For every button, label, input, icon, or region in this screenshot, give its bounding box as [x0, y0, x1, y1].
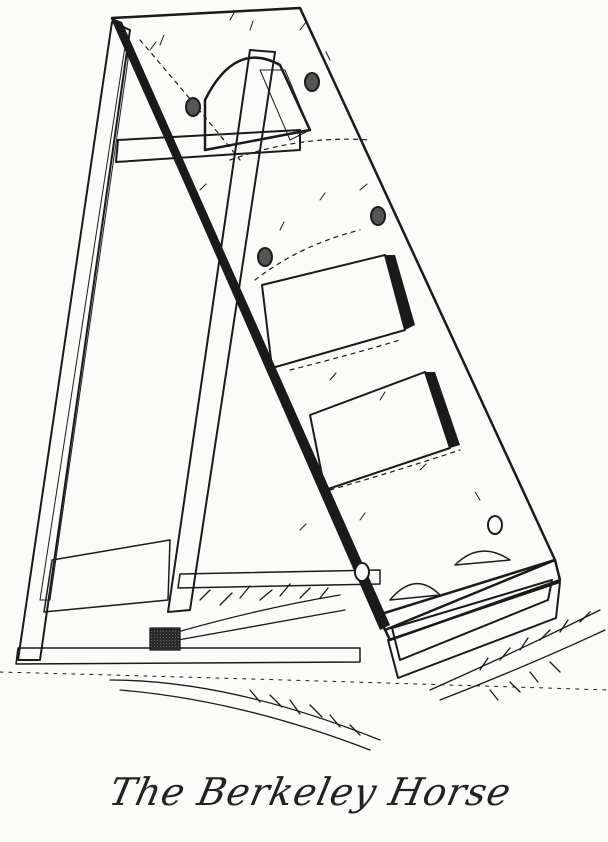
lower-rail	[16, 648, 360, 664]
upper-crossbar	[116, 130, 300, 162]
caption: The Berkeley Horse	[105, 770, 494, 814]
middle-rail	[178, 570, 380, 588]
birch-bundle-left	[110, 584, 380, 750]
berkeley-horse-drawing	[0, 0, 608, 842]
inner-panel	[44, 540, 170, 612]
ground-line	[0, 672, 608, 690]
frame-rear-leg	[18, 22, 130, 660]
